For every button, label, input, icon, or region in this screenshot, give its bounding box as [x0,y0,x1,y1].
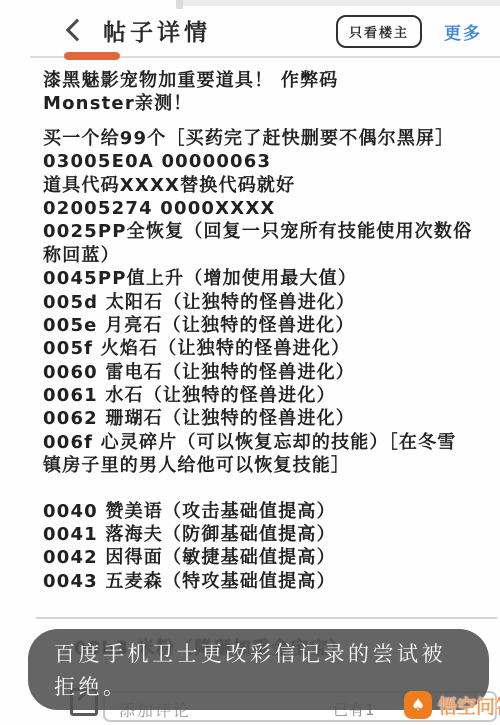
app-screen: 帖子详情 只看楼主 更多 漆黑魅影宠物加重要道具！ 作弊码Monster亲测！买… [0,0,500,725]
post-line: 0025PP全恢复（回复一只宠所有技能使用次数俗 [43,220,499,243]
toast-message: 百度手机卫士更改彩信记录的尝试被拒绝。 [54,638,463,704]
post-line: 005d 太阳石（让独特的怪兽进化） [43,291,499,314]
post-line: 0042 因得面（敏捷基础值提高） [43,546,499,569]
post-line: 0061 水石（让独特的怪兽进化） [43,384,499,407]
post-line: 0043 五麦森（特攻基础值提高） [43,570,499,593]
post-line: 0062 珊瑚石（让独特的怪兽进化） [43,407,499,430]
post-line [43,489,499,500]
post-line: 称回蓝） [43,244,499,267]
status-bar-notch [176,0,183,9]
back-button[interactable] [62,16,90,44]
post-line: 006f 心灵碎片（可以恢复忘却的技能）［在冬雪 [43,431,499,454]
wukong-logo-icon: ♠ [404,691,432,719]
only-op-button[interactable]: 只看楼主 [336,15,422,48]
post-line: 买一个给99个［买药完了赶快删要不偶尔黑屏］ [43,127,499,150]
post-body: 漆黑魅影宠物加重要道具！ 作弊码Monster亲测！买一个给99个［买药完了赶快… [43,69,499,593]
watermark: ♠ 悟空问答 [404,691,500,719]
post-line [43,116,499,127]
chevron-left-icon [66,19,89,42]
watermark-label: 悟空问答 [438,692,500,719]
page-title: 帖子详情 [103,14,211,47]
post-line: 镇房子里的男人给他可以恢复技能］ [43,454,499,477]
post-line: 0040 赞美语（攻击基础值提高） [43,500,499,523]
post-line: 0045PP值上升（增加使用最大值） [43,267,499,290]
post-line: 0041 落海夫（防御基础值提高） [43,523,499,546]
status-bar-strip [180,0,500,6]
post-line: 03005E0A 00000063 [43,150,499,173]
more-button[interactable]: 更多 [444,19,482,44]
post-line: 02005274 0000XXXX [43,197,499,220]
post-line: 0060 雷电石（让独特的怪兽进化） [43,361,499,384]
post-line: 漆黑魅影宠物加重要道具！ 作弊码 [43,69,499,92]
post-line [43,478,499,489]
post-line: 005e 月亮石（让独特的怪兽进化） [43,314,499,337]
post-line: 005f 火焰石（让独特的怪兽进化） [43,337,499,360]
post-line: 道具代码XXXX替换代码就好 [43,174,499,197]
post-line: Monster亲测！ [43,92,499,115]
active-tab-indicator [64,52,120,60]
content-divider [36,617,497,619]
